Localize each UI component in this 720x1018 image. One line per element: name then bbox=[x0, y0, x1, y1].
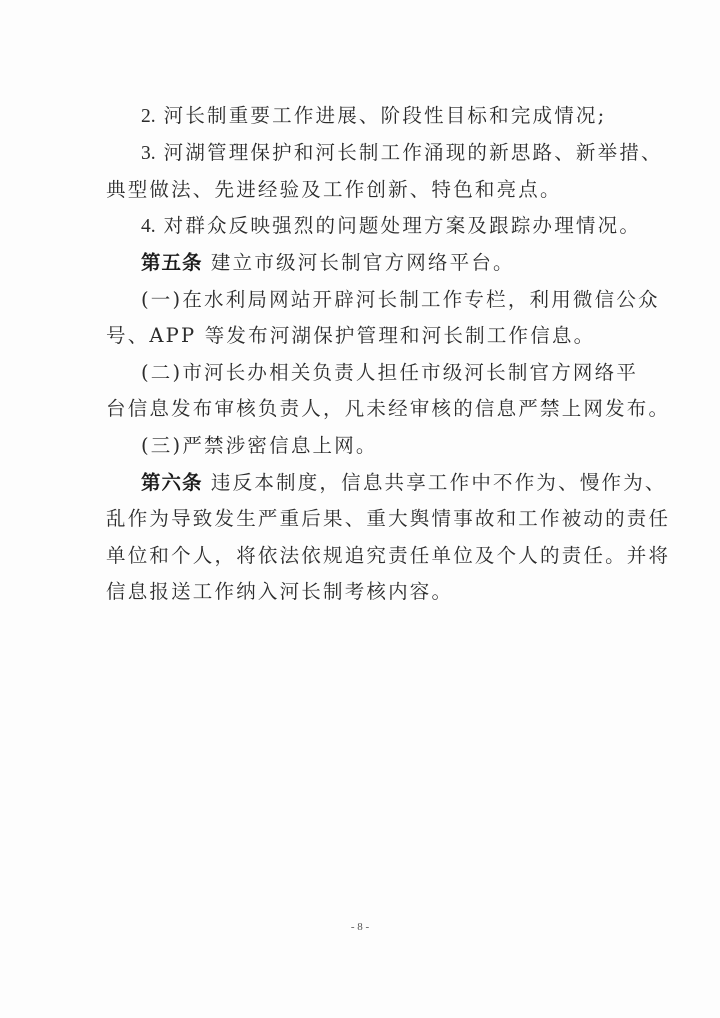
item-text: 河长制重要工作进展、阶段性目标和完成情况; bbox=[164, 104, 607, 127]
list-item-4: 4.对群众反映强烈的问题处理方案及跟踪办理情况。 bbox=[141, 214, 641, 239]
article-label: 第六条 bbox=[141, 471, 203, 494]
article-5-heading: 第五条 建立市级河长制官方网络平台。 bbox=[141, 251, 515, 275]
paragraph-line: 典型做法、先进经验及工作创新、特色和亮点。 bbox=[106, 178, 562, 202]
article-text: 违反本制度，信息共享工作中不作为、慢作为、 bbox=[203, 471, 667, 494]
item-text: 河湖管理保护和河长制工作涌现的新思路、新举措、 bbox=[164, 141, 663, 164]
paragraph-line: 台信息发布审核负责人，凡未经审核的信息严禁上网发布。 bbox=[106, 397, 670, 421]
article-text: 建立市级河长制官方网络平台。 bbox=[203, 251, 515, 274]
paragraph-line: 乱作为导致发生严重后果、重大舆情事故和工作被动的责任 bbox=[106, 507, 670, 531]
paragraph-line: 单位和个人，将依法依规追究责任单位及个人的责任。并将 bbox=[106, 544, 670, 568]
page-number: - 8 - bbox=[0, 921, 720, 933]
paragraph-line: 信息报送工作纳入河长制考核内容。 bbox=[106, 580, 453, 604]
paragraph-line: (一)在水利局网站开辟河长制工作专栏，利用微信公众 bbox=[141, 288, 660, 312]
document-page: 2.河长制重要工作进展、阶段性目标和完成情况; 3.河湖管理保护和河长制工作涌现… bbox=[0, 0, 720, 1018]
item-number: 3. bbox=[141, 143, 156, 164]
item-number: 2. bbox=[141, 106, 156, 127]
list-item-3: 3.河湖管理保护和河长制工作涌现的新思路、新举措、 bbox=[141, 141, 663, 166]
list-item-2: 2.河长制重要工作进展、阶段性目标和完成情况; bbox=[141, 104, 606, 129]
paragraph-line: (三)严禁涉密信息上网。 bbox=[141, 434, 378, 458]
paragraph-line: 号、APP 等发布河湖保护管理和河长制工作信息。 bbox=[106, 324, 595, 348]
paragraph-line: (二)市河长办相关负责人担任市级河长制官方网络平 bbox=[141, 361, 638, 385]
article-6-heading: 第六条 违反本制度，信息共享工作中不作为、慢作为、 bbox=[141, 471, 667, 495]
item-number: 4. bbox=[141, 216, 156, 237]
item-text: 对群众反映强烈的问题处理方案及跟踪办理情况。 bbox=[164, 214, 641, 237]
article-label: 第五条 bbox=[141, 251, 203, 274]
